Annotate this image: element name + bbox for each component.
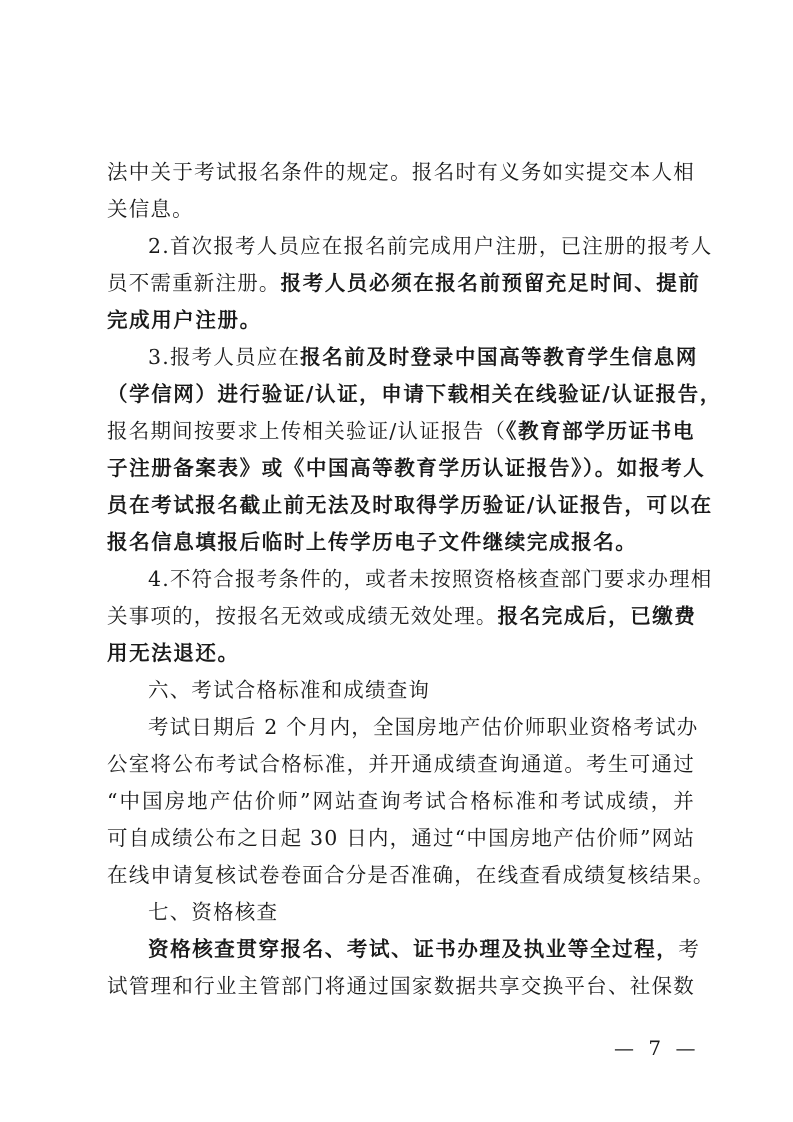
normal-text: 考 <box>678 937 700 961</box>
section-6-line: 在线申请复核试卷卷面合分是否准确，在线查看成绩复核结果。 <box>107 857 695 894</box>
p-item-2-line: 完成用户注册。 <box>107 302 695 339</box>
normal-text: 2.首次报考人员应在报名前完成用户注册，已注册的报考人 <box>148 234 712 258</box>
bold-text: （学信网）进行验证/认证，申请下载相关在线验证/认证报告， <box>107 382 722 406</box>
bold-text: 《教育部学历证书电 <box>506 419 695 443</box>
bold-text: 员在考试报名截止前无法及时取得学历验证/认证报告，可以在 <box>107 493 713 517</box>
bold-text: 用无法退还。 <box>107 641 240 665</box>
p-item-4-line: 用无法退还。 <box>107 635 695 672</box>
section-6-line: “中国房地产估价师”网站查询考试合格标准和考试成绩，并 <box>107 783 695 820</box>
normal-text: 4.不符合报考条件的，或者未按照资格核查部门要求办理相 <box>148 567 712 591</box>
section-6-line: 考试日期后 2 个月内，全国房地产估价师职业资格考试办 <box>107 709 695 746</box>
p-item-3-line: 报名信息填报后临时上传学历电子文件继续完成报名。 <box>107 524 695 561</box>
document-page: 法中关于考试报名条件的规定。报名时有义务如实提交本人相关信息。2.首次报考人员应… <box>107 154 695 1005</box>
p-item-3-line: （学信网）进行验证/认证，申请下载相关在线验证/认证报告， <box>107 376 695 413</box>
paragraph-container: 法中关于考试报名条件的规定。报名时有义务如实提交本人相关信息。2.首次报考人员应… <box>107 154 695 672</box>
normal-text: 报名期间按要求上传相关验证/认证报告（ <box>107 419 506 443</box>
p-item-3-line: 员在考试报名截止前无法及时取得学历验证/认证报告，可以在 <box>107 487 695 524</box>
section-7-heading: 七、资格核查 <box>107 894 695 931</box>
bold-text: 完成用户注册。 <box>107 308 262 332</box>
section-7-line-1: 资格核查贯穿报名、考试、证书办理及执业等全过程，考 <box>107 931 695 968</box>
normal-text: 法中关于考试报名条件的规定。报名时有义务如实提交本人相 <box>107 160 695 184</box>
bold-text: 报考人员必须在报名前预留充足时间、提前 <box>281 271 701 295</box>
p-item-3-line: 子注册备案表》或《中国高等教育学历认证报告》）。如报考人 <box>107 450 695 487</box>
p-item-2-line: 员不需重新注册。报考人员必须在报名前预留充足时间、提前 <box>107 265 695 302</box>
p-item-3-line: 报名期间按要求上传相关验证/认证报告（《教育部学历证书电 <box>107 413 695 450</box>
normal-text: 关事项的，按报名无效或成绩无效处理。 <box>107 604 498 628</box>
p-continuation-line: 关信息。 <box>107 191 695 228</box>
p-continuation-line: 法中关于考试报名条件的规定。报名时有义务如实提交本人相 <box>107 154 695 191</box>
p-item-4-line: 关事项的，按报名无效或成绩无效处理。报名完成后，已缴费 <box>107 598 695 635</box>
p-item-4-line: 4.不符合报考条件的，或者未按照资格核查部门要求办理相 <box>107 561 695 598</box>
p-item-3-line: 3.报考人员应在报名前及时登录中国高等教育学生信息网 <box>107 339 695 376</box>
normal-text: 关信息。 <box>107 197 194 221</box>
section-6-line: 可自成绩公布之日起 30 日内，通过“中国房地产估价师”网站 <box>107 820 695 857</box>
normal-text: 员不需重新注册。 <box>107 271 281 295</box>
section-6-body: 考试日期后 2 个月内，全国房地产估价师职业资格考试办公室将公布考试合格标准，并… <box>107 709 695 894</box>
bold-text: 报名信息填报后临时上传学历电子文件继续完成报名。 <box>107 530 637 554</box>
bold-text: 报名完成后，已缴费 <box>498 604 697 628</box>
bold-text: 报名前及时登录中国高等教育学生信息网 <box>300 345 698 369</box>
normal-text: 3.报考人员应在 <box>148 345 300 369</box>
section-6-line: 公室将公布考试合格标准，并开通成绩查询通道。考生可通过 <box>107 746 695 783</box>
bold-text: 资格核查贯穿报名、考试、证书办理及执业等全过程， <box>148 937 678 961</box>
bold-text: 子注册备案表》或《中国高等教育学历认证报告》）。如报考人 <box>107 456 705 480</box>
page-number: — 7 — <box>614 1036 699 1060</box>
section-6-heading: 六、考试合格标准和成绩查询 <box>107 672 695 709</box>
p-item-2-line: 2.首次报考人员应在报名前完成用户注册，已注册的报考人 <box>107 228 695 265</box>
section-7-line-2: 试管理和行业主管部门将通过国家数据共享交换平台、社保数 <box>107 968 695 1005</box>
